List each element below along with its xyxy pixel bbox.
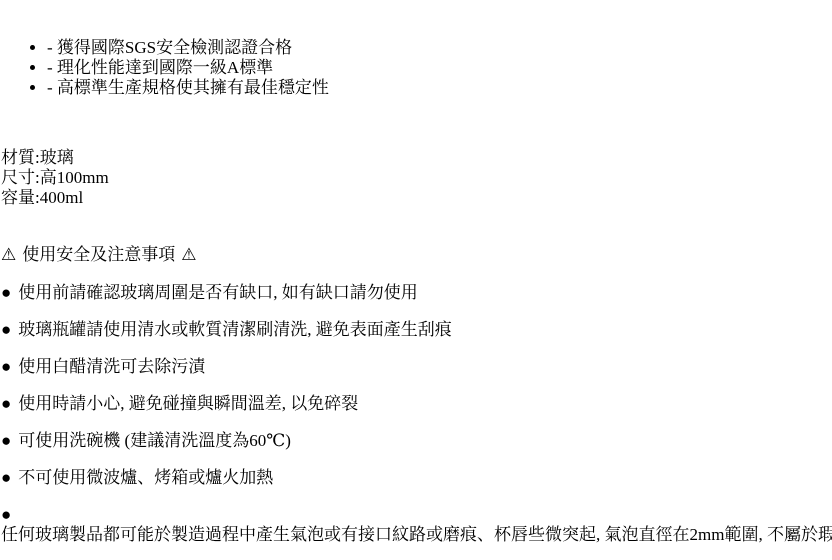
- bullet-icon: ●: [1, 505, 11, 524]
- feature-list: - 獲得國際SGS安全檢測認證合格 - 理化性能達到國際一級A標準 - 高標準生…: [1, 38, 832, 98]
- product-description-page: - 獲得國際SGS安全檢測認證合格 - 理化性能達到國際一級A標準 - 高標準生…: [0, 0, 832, 560]
- feature-item: - 獲得國際SGS安全檢測認證合格: [47, 38, 832, 58]
- spec-size: 尺寸:高100mm: [1, 168, 832, 188]
- feature-item: - 理化性能達到國際一級A標準: [47, 58, 832, 78]
- warning-icon: ⚠: [1, 245, 16, 264]
- safety-note-text: 使用前請確認玻璃周圍是否有缺口, 如有缺口請勿使用: [18, 283, 418, 302]
- bullet-icon: ●: [1, 357, 11, 376]
- safety-note: ●可使用洗碗機 (建議清洗溫度為60℃): [1, 431, 832, 451]
- safety-note: ●使用前請確認玻璃周圍是否有缺口, 如有缺口請勿使用: [1, 283, 832, 303]
- spec-capacity: 容量:400ml: [1, 188, 832, 208]
- safety-heading: ⚠使用安全及注意事項⚠: [1, 245, 832, 265]
- spec-list: 材質:玻璃 尺寸:高100mm 容量:400ml: [1, 148, 832, 208]
- safety-note: ●玻璃瓶罐請使用清水或軟質清潔刷清洗, 避免表面產生刮痕: [1, 320, 832, 340]
- glass-disclaimer-text: 任何玻璃製品都可能於製造過程中產生氣泡或有接口紋路或磨痕、杯唇些微突起, 氣泡直…: [1, 525, 832, 545]
- bullet-icon: ●: [1, 431, 11, 450]
- glass-disclaimer: ●任何玻璃製品都可能於製造過程中產生氣泡或有接口紋路或磨痕、杯唇些微突起, 氣泡…: [1, 505, 832, 545]
- feature-item: - 高標準生產規格使其擁有最佳穩定性: [47, 78, 832, 98]
- bullet-icon: ●: [1, 320, 11, 339]
- spec-material: 材質:玻璃: [1, 148, 832, 168]
- safety-note-text: 玻璃瓶罐請使用清水或軟質清潔刷清洗, 避免表面產生刮痕: [18, 320, 452, 339]
- safety-note-text: 使用白醋清洗可去除污漬: [18, 357, 205, 376]
- safety-note: ●使用白醋清洗可去除污漬: [1, 357, 832, 377]
- bullet-icon: ●: [1, 468, 11, 487]
- bullet-icon: ●: [1, 283, 11, 302]
- safety-note: ●不可使用微波爐、烤箱或爐火加熱: [1, 468, 832, 488]
- warning-icon: ⚠: [181, 245, 196, 264]
- safety-heading-text: 使用安全及注意事項: [22, 245, 175, 264]
- bullet-icon: ●: [1, 394, 11, 413]
- safety-note: ●使用時請小心, 避免碰撞與瞬間溫差, 以免碎裂: [1, 394, 832, 414]
- safety-note-text: 不可使用微波爐、烤箱或爐火加熱: [18, 468, 273, 487]
- safety-note-text: 使用時請小心, 避免碰撞與瞬間溫差, 以免碎裂: [18, 394, 358, 413]
- safety-note-text: 可使用洗碗機 (建議清洗溫度為60℃): [18, 431, 291, 450]
